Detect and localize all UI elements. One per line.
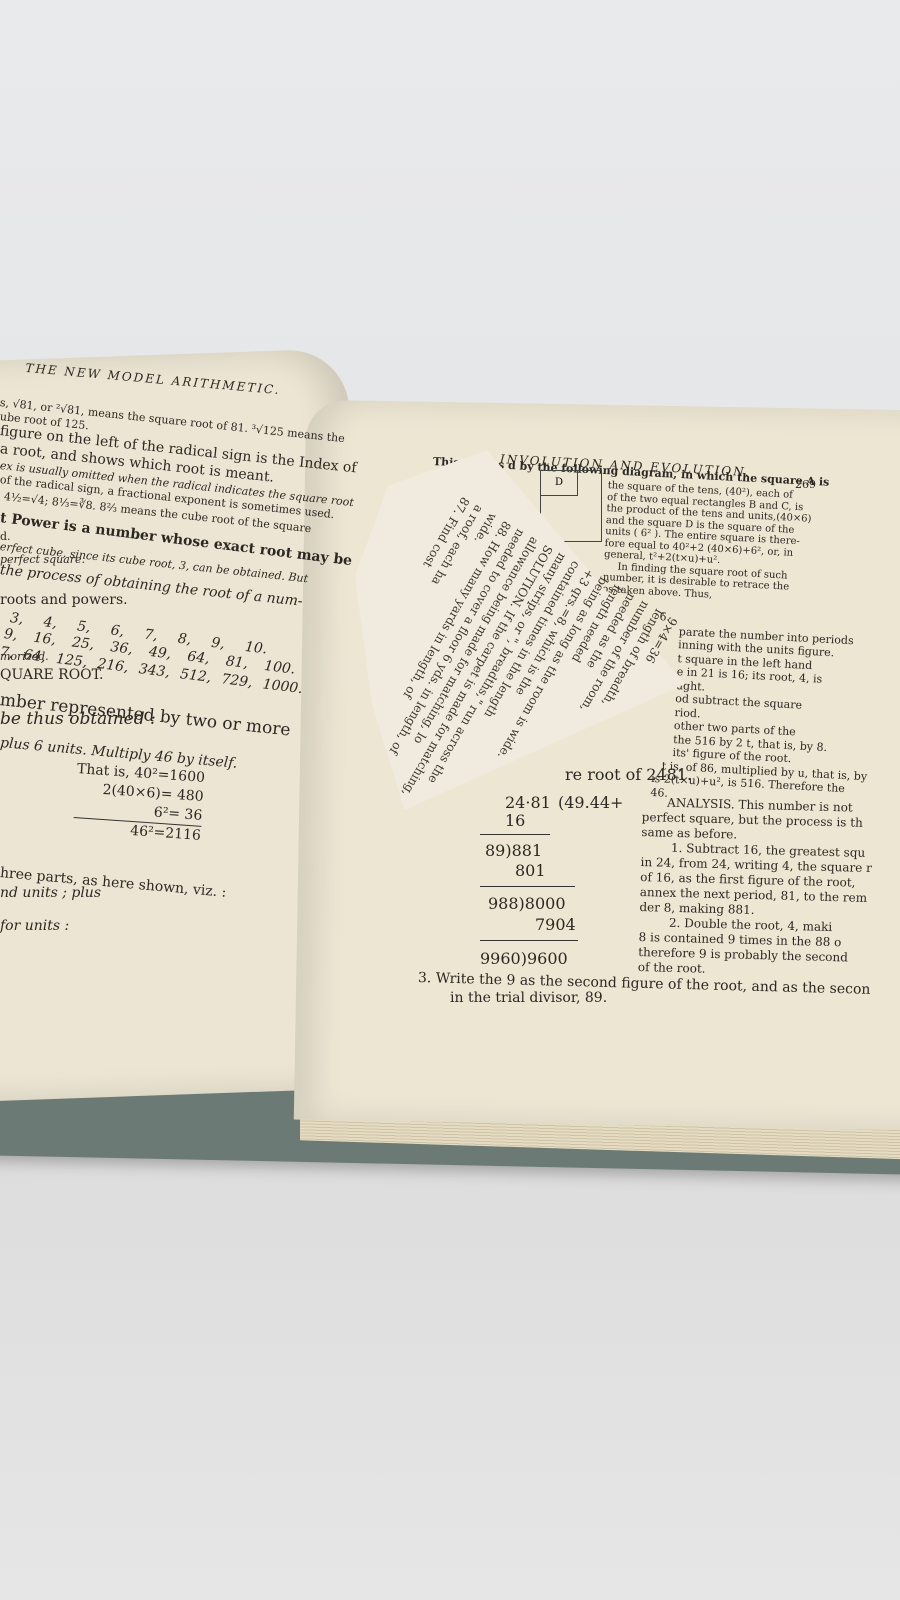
diagram-text: the square of the tens, (40²), each of o… (602, 480, 813, 606)
division-row: 9960)9600 (480, 948, 568, 970)
analysis-text: ANALYSIS. This number is not perfect squ… (638, 795, 874, 981)
division-row: 7904 (535, 914, 576, 936)
section-title: QUARE ROOT. (0, 667, 103, 684)
para: for units : (0, 918, 69, 935)
para: be thus obtained : (0, 708, 156, 730)
division-row: 988)8000 (488, 893, 566, 915)
left-line: roots and powers. (0, 592, 128, 609)
calc-block: That is, 40²=1600 2(40×6)= 480 6²= 36 46… (72, 760, 205, 846)
step-3-cont: in the trial divisor, 89. (450, 990, 607, 1006)
division-rule (480, 940, 578, 941)
division-rule (480, 886, 575, 887)
photo-scene: THE NEW MODEL ARITHMETIC. s, √81, or ²√8… (0, 0, 900, 1600)
para: nd units ; plus (0, 885, 101, 902)
memorized-note: morized. (0, 650, 49, 664)
diagram-label-d: D (541, 471, 578, 496)
